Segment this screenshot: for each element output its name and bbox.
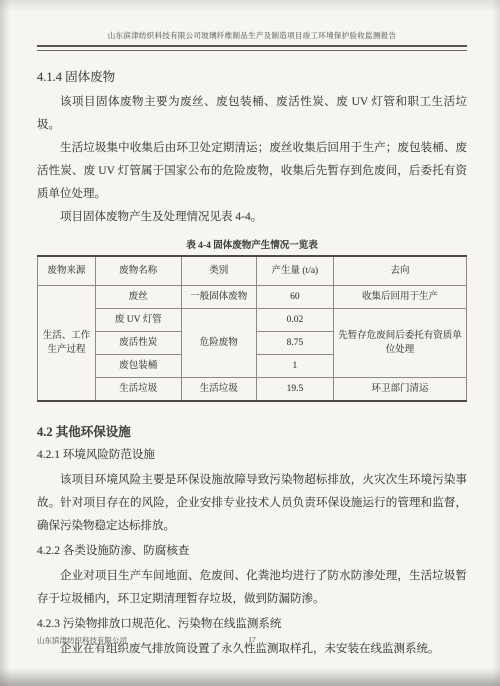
scanned-report-page: 山东滨津纺织科技有限公司玻璃纤维制品生产及制造项目竣工环境保护验收监测报告 4.… xyxy=(0,0,500,686)
section-heading-42: 4.2 其他环保设施 xyxy=(37,422,467,440)
paragraph-414-1: 该项目固体废物主要为废丝、废包装桶、废活性炭、废 UV 灯管和职工生活垃圾。 xyxy=(37,91,467,137)
cell-destination: 收集后回用于生产 xyxy=(333,286,466,309)
running-header: 山东滨津纺织科技有限公司玻璃纤维制品生产及制造项目竣工环境保护验收监测报告 xyxy=(37,30,467,41)
cell-waste-name: 废 UV 灯管 xyxy=(95,309,181,332)
cell-destination: 环卫部门清运 xyxy=(333,378,466,402)
cell-amount: 60 xyxy=(256,286,333,309)
page-content: 山东滨津纺织科技有限公司玻璃纤维制品生产及制造项目竣工环境保护验收监测报告 4.… xyxy=(37,0,467,661)
cell-waste-name: 废活性炭 xyxy=(95,332,181,355)
col-header-amount: 产生量 (t/a) xyxy=(256,256,333,286)
table-row: 生活、工作生产过程 废丝 一般固体废物 60 收集后回用于生产 xyxy=(38,286,467,309)
paragraph-422: 企业对项目生产车间地面、危废间、化粪池均进行了防水防渗处理，生活垃圾暂存于垃圾桶… xyxy=(37,565,467,611)
col-header-destination: 去向 xyxy=(333,256,466,286)
table-row: 生活垃圾 生活垃圾 19.5 环卫部门清运 xyxy=(38,378,467,402)
paragraph-421: 该项目环境风险主要是环保设施故障导致污染物超标排放，火灾次生环境污染事故。针对项… xyxy=(37,469,467,538)
cell-waste-name: 废丝 xyxy=(95,286,181,309)
col-header-waste-source: 废物来源 xyxy=(38,256,96,286)
cell-waste-name: 生活垃圾 xyxy=(95,378,181,402)
table-header-row: 废物来源 废物名称 类别 产生量 (t/a) 去向 xyxy=(38,256,467,286)
table-row: 废 UV 灯管 危险废物 0.02 先暂存危废间后委托有资质单位处理 xyxy=(38,309,467,332)
solid-waste-table: 废物来源 废物名称 类别 产生量 (t/a) 去向 生活、工作生产过程 废丝 一… xyxy=(37,255,467,402)
cell-category: 危险废物 xyxy=(181,309,256,378)
table-caption: 表 4-4 固体废物产生情况一览表 xyxy=(37,237,467,251)
cell-category: 一般固体废物 xyxy=(181,286,256,309)
section-heading-414: 4.1.4 固体废物 xyxy=(37,67,467,85)
paragraph-414-3: 项目固体废物产生及处理情况见表 4-4。 xyxy=(37,206,467,229)
section-heading-423: 4.2.3 污染物排放口规范化、污染物在线监测系统 xyxy=(37,613,467,636)
footer-company-name: 山东滨津纺织科技有限公司 xyxy=(37,636,127,645)
cell-amount: 1 xyxy=(256,355,333,378)
page-footer: 17 山东滨津纺织科技有限公司 xyxy=(37,635,467,646)
col-header-waste-name: 废物名称 xyxy=(95,256,181,286)
paragraph-414-2: 生活垃圾集中收集后由环卫处定期清运；废丝收集后回用于生产；废包装桶、废活性炭、废… xyxy=(37,137,467,206)
header-rule xyxy=(37,45,467,51)
cell-destination: 先暂存危废间后委托有资质单位处理 xyxy=(333,309,466,378)
cell-waste-source: 生活、工作生产过程 xyxy=(38,286,96,402)
cell-waste-name: 废包装桶 xyxy=(95,355,181,378)
cell-amount: 0.02 xyxy=(256,309,333,332)
section-heading-421: 4.2.1 环境风险防范设施 xyxy=(37,444,467,467)
cell-amount: 8.75 xyxy=(256,332,333,355)
cell-category: 生活垃圾 xyxy=(181,378,256,402)
col-header-category: 类别 xyxy=(181,256,256,286)
section-heading-422: 4.2.2 各类设施防渗、防腐核查 xyxy=(37,540,467,563)
cell-amount: 19.5 xyxy=(256,378,333,402)
